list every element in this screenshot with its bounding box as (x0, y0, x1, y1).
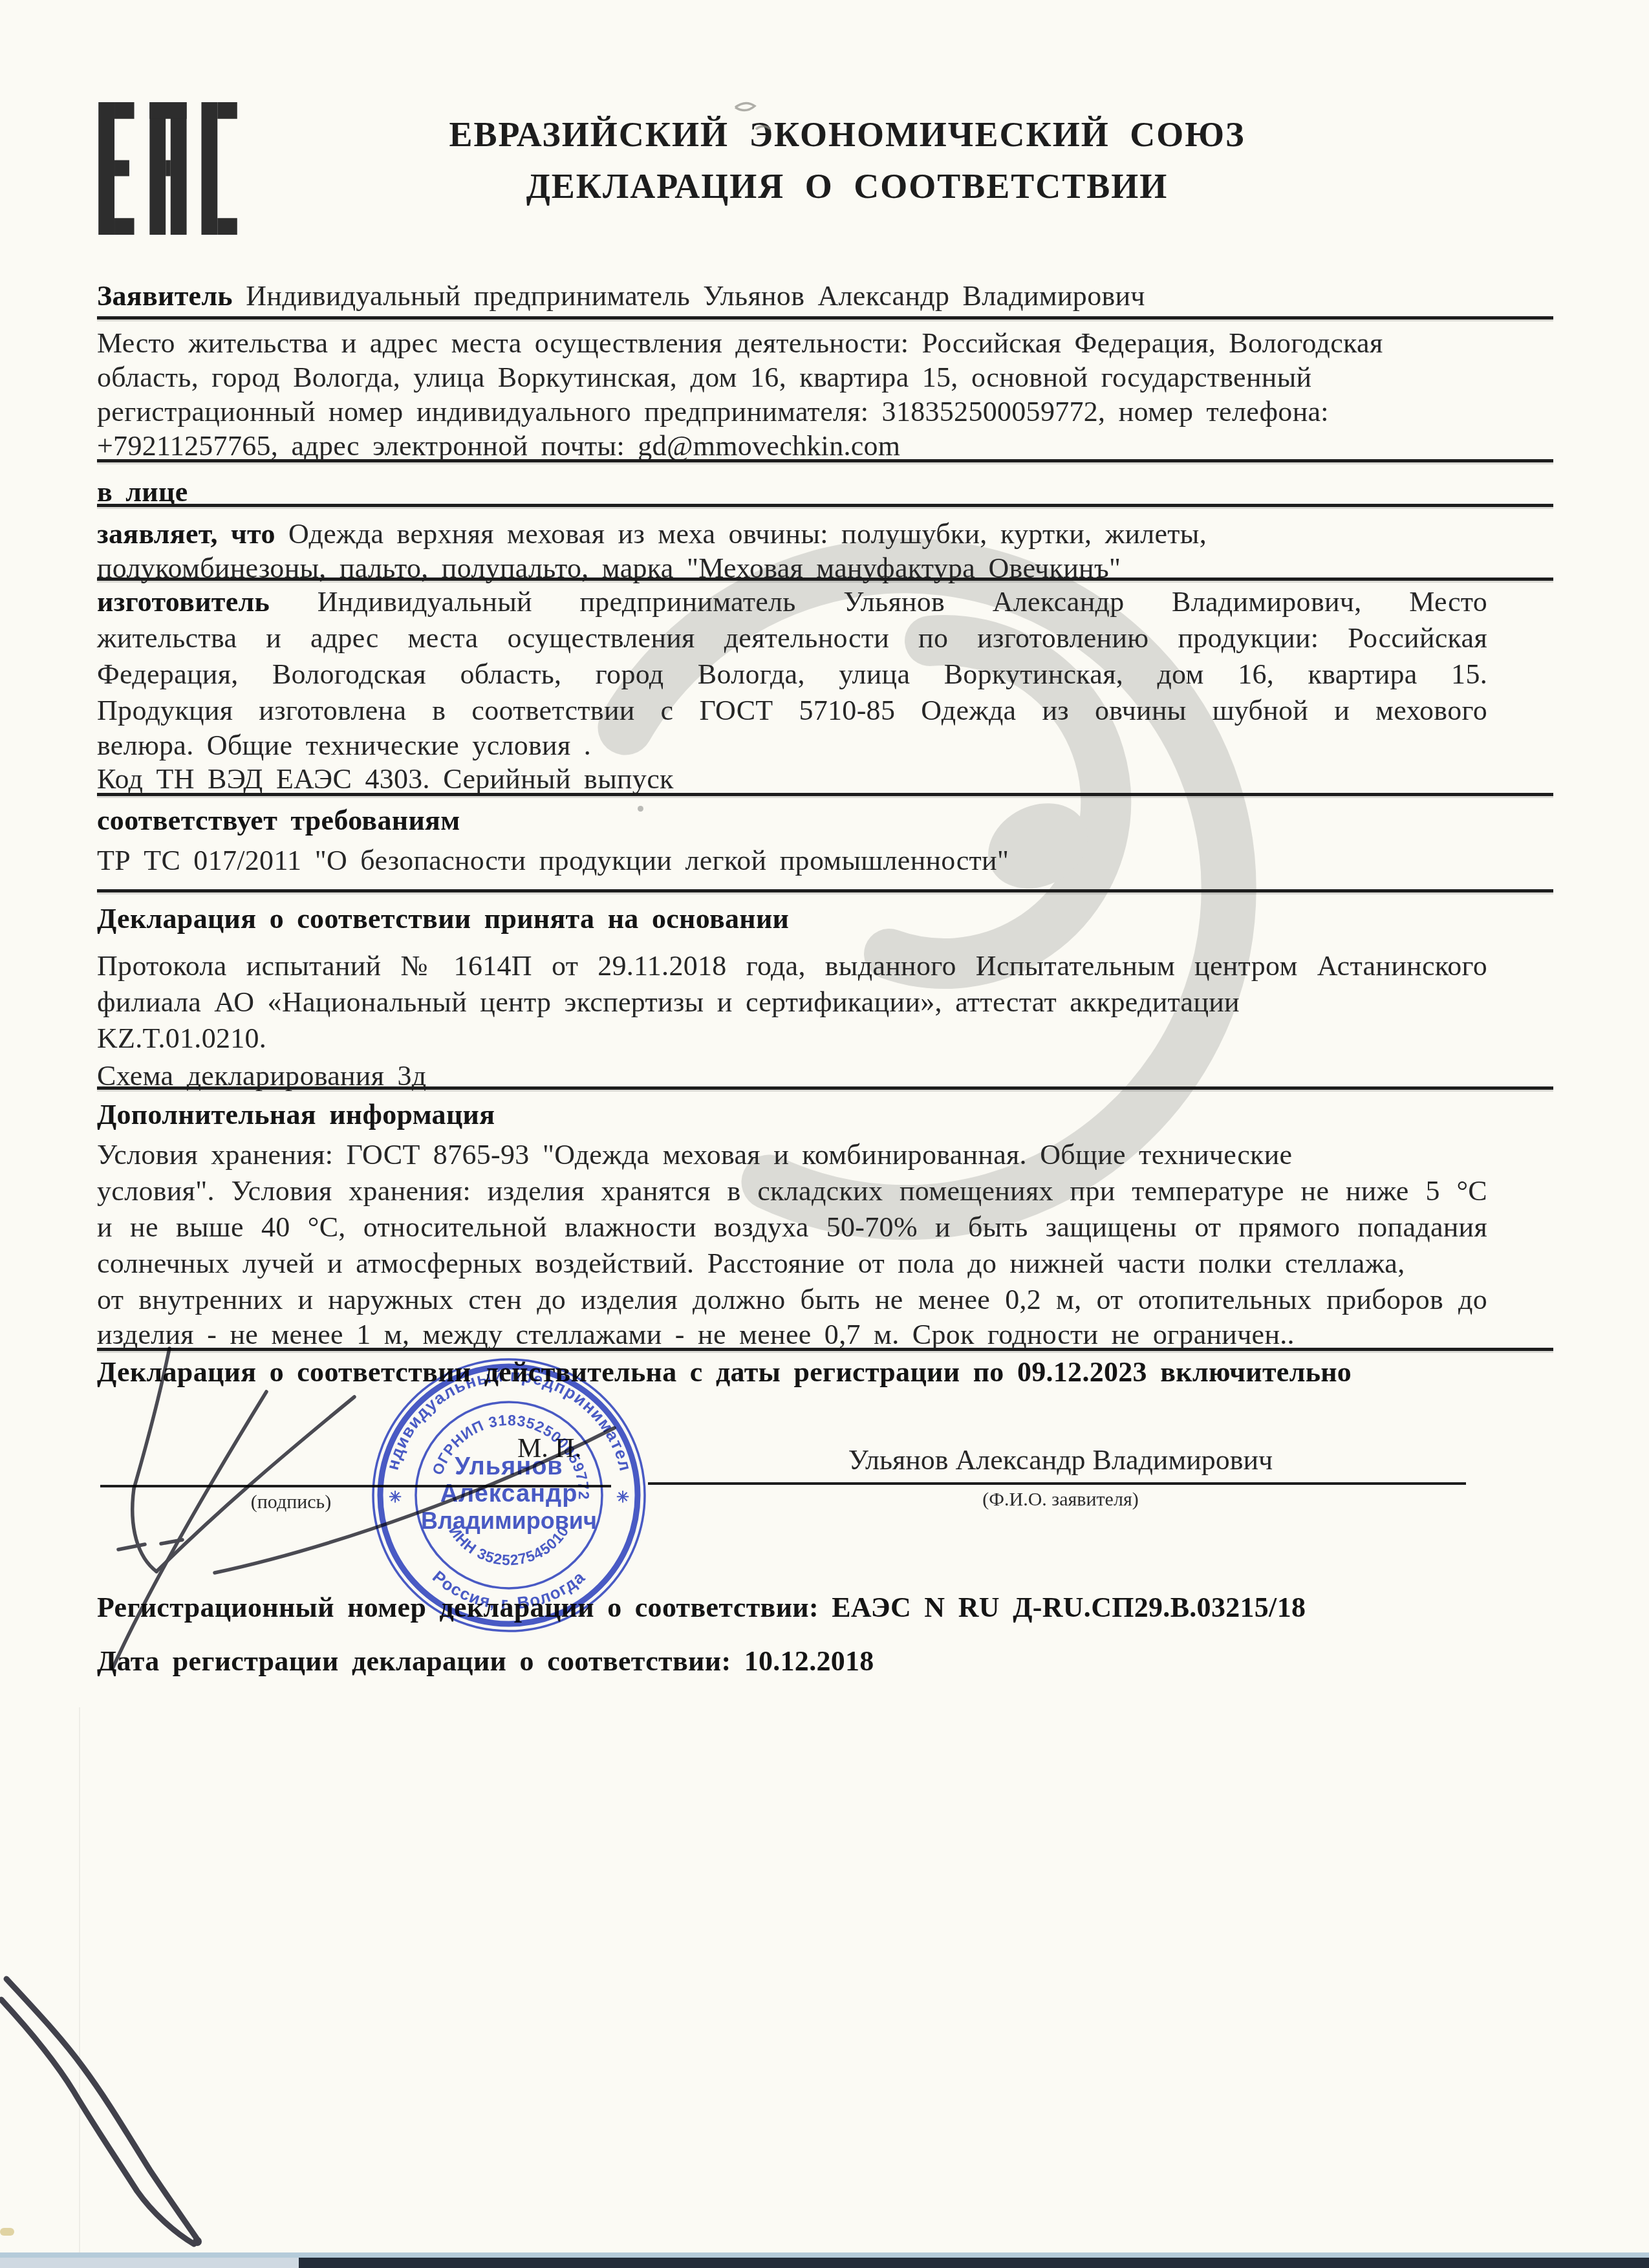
applicant-name-signature: Ульянов Александр Владимирович (647, 1443, 1474, 1476)
scan-speck (638, 806, 643, 812)
divider (97, 459, 1553, 462)
divider (97, 504, 1553, 507)
scanner-edge-line (0, 2252, 1649, 2258)
manufacturer-label: изготовитель (97, 586, 270, 618)
scanner-edge-strip-left (0, 2258, 299, 2268)
declares-row: заявляет, что Одежда верхняя меховая из … (97, 517, 1207, 550)
divider (97, 578, 1553, 581)
basis-line: филиала АО «Национальный центр экспертиз… (97, 986, 1240, 1019)
declares-products: Одежда верхняя меховая из меха овчины: п… (288, 518, 1207, 550)
divider (97, 793, 1553, 796)
divider (97, 316, 1553, 319)
address-line: область, город Вологда, улица Воркутинск… (97, 361, 1311, 394)
applicant-label: Заявитель (97, 280, 233, 312)
divider (97, 1086, 1553, 1090)
product-gost-line: Продукция изготовлена в соответствии с Г… (97, 694, 1487, 727)
manufacturer-row: изготовитель Индивидуальный предпринимат… (97, 585, 1487, 618)
eac-mark-icon (98, 102, 237, 235)
declares-label: заявляет, что (97, 518, 275, 550)
union-title: ЕВРАЗИЙСКИЙ ЭКОНОМИЧЕСКИЙ СОЮЗ (272, 109, 1423, 160)
manufacturer-line: Федерация, Вологодская область, город Во… (97, 658, 1487, 691)
address-line: +79211257765, адрес электронной почты: g… (97, 429, 900, 462)
address-line: регистрационный номер индивидуального пр… (97, 395, 1329, 428)
divider (97, 889, 1553, 892)
additional-line: Условия хранения: ГОСТ 8765-93 "Одежда м… (97, 1138, 1292, 1171)
requirements-label: соответствует требованиям (97, 804, 460, 837)
manufacturer-name: Индивидуальный предприниматель Ульянов А… (318, 586, 1487, 618)
declaration-scan-page: ЕВРАЗИЙСКИЙ ЭКОНОМИЧЕСКИЙ СОЮЗ ДЕКЛАРАЦИ… (0, 0, 1649, 2268)
basis-label: Декларация о соответствии принята на осн… (97, 902, 789, 935)
name-line (648, 1482, 1466, 1485)
declaration-title: ДЕКЛАРАЦИЯ О СООТВЕТСТВИИ (272, 160, 1423, 212)
corner-pen-squiggle (0, 1960, 233, 2263)
additional-line: солнечных лучей и атмосферных воздействи… (97, 1247, 1405, 1280)
basis-line: Протокола испытаний № 1614П от 29.11.201… (97, 949, 1487, 982)
address-line: Место жительства и адрес места осуществл… (97, 327, 1383, 360)
scanner-edge-strip (299, 2258, 1649, 2268)
applicant-value: Индивидуальный предприниматель Ульянов А… (246, 280, 1145, 312)
additional-line: условия". Условия хранения: изделия хран… (97, 1174, 1487, 1207)
additional-line: и не выше 40 °С, относительной влажности… (97, 1211, 1487, 1244)
name-caption: (Ф.И.О. заявителя) (854, 1489, 1267, 1511)
manufacturer-line: жительства и адрес места осуществления д… (97, 621, 1487, 654)
scan-smudge (727, 96, 786, 147)
handwritten-signature (0, 1319, 711, 1707)
requirements-text: ТР ТС 017/2011 "О безопасности продукции… (97, 844, 1009, 877)
accreditation-number: KZ.T.01.0210. (97, 1022, 266, 1055)
document-header: ЕВРАЗИЙСКИЙ ЭКОНОМИЧЕСКИЙ СОЮЗ ДЕКЛАРАЦИ… (272, 109, 1423, 212)
additional-line: от внутренних и наружных стен до изделия… (97, 1283, 1487, 1316)
applicant-row: Заявитель Индивидуальный предприниматель… (97, 279, 1145, 312)
tnved-code-line: Код ТН ВЭД ЕАЭС 4303. Серийный выпуск (97, 762, 674, 795)
product-gost-line2: велюра. Общие технические условия . (97, 729, 591, 762)
additional-label: Дополнительная информация (97, 1098, 495, 1131)
